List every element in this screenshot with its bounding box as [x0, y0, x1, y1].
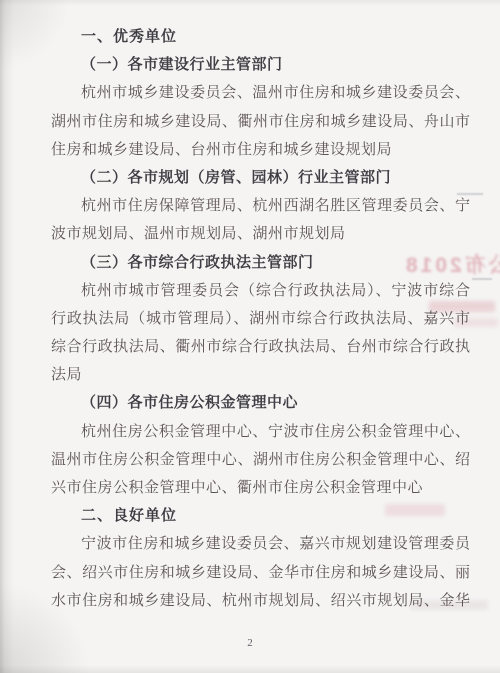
- body-text-line: 兴市住房公积金管理中心、衢州市住房公积金管理中心: [51, 474, 470, 502]
- body-text-line: 住房和城乡建设局、台州市住房和城乡建设规划局: [51, 136, 470, 164]
- subheading-city-planning-departments: （二）各市规划（房管、园林）行业主管部门: [51, 164, 470, 192]
- body-text-line: 综合行政执法局、衢州市综合行政执法局、台州市综合行政执: [51, 333, 470, 361]
- body-text-line: 杭州市住房保障管理局、杭州西湖名胜区管理委员会、宁: [51, 192, 470, 220]
- page-number: 2: [0, 637, 500, 649]
- body-text-line: 波市规划局、温州市规划局、湖州市规划局: [51, 220, 470, 248]
- body-text-line: 法局: [51, 361, 470, 389]
- body-text-line: 水市住房和城乡建设局、杭州市规划局、绍兴市规划局、金华: [51, 587, 470, 615]
- scan-artifact: [472, 278, 492, 280]
- body-text-line: 杭州住房公积金管理中心、宁波市住房公积金管理中心、: [51, 418, 470, 446]
- document-body: 一、优秀单位 （一）各市建设行业主管部门 杭州市城乡建设委员会、温州市住房和城乡…: [51, 23, 470, 615]
- body-text-line: 杭州市城乡建设委员会、温州市住房和城乡建设委员会、: [51, 79, 470, 107]
- body-text-line: 温州市住房公积金管理中心、湖州市住房公积金管理中心、绍: [51, 446, 470, 474]
- body-text-line: 行政执法局（城市管理局）、湖州市综合行政执法局、嘉兴市: [51, 305, 470, 333]
- body-text-line: 会、绍兴市住房和城乡建设局、金华市住房和城乡建设局、丽: [51, 559, 470, 587]
- subheading-city-enforcement-departments: （三）各市综合行政执法主管部门: [51, 249, 470, 277]
- subheading-housing-fund-centers: （四）各市住房公积金管理中心: [51, 389, 470, 417]
- body-text-line: 杭州市城市管理委员会（综合行政执法局）、宁波市综合: [51, 277, 470, 305]
- heading-excellent-units: 一、优秀单位: [51, 23, 470, 51]
- body-text-line: 宁波市住房和城乡建设委员会、嘉兴市规划建设管理委员: [51, 530, 470, 558]
- subheading-city-construction-departments: （一）各市建设行业主管部门: [51, 51, 470, 79]
- heading-good-units: 二、良好单位: [51, 502, 470, 530]
- body-text-line: 湖州市住房和城乡建设局、衢州市住房和城乡建设局、舟山市: [51, 108, 470, 136]
